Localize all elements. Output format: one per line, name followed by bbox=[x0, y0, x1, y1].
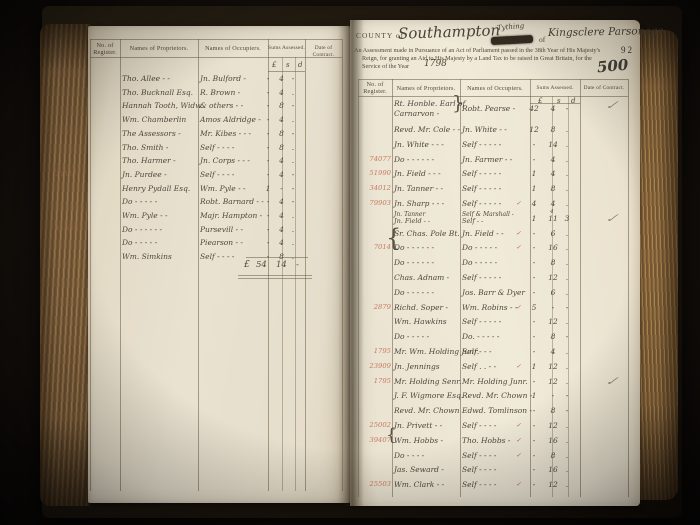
sum-pence: . bbox=[288, 141, 298, 154]
red-check-mark: ✓ bbox=[516, 478, 521, 491]
sum-shillings: 8 bbox=[545, 404, 561, 417]
sum-pence: . bbox=[561, 463, 573, 476]
sum-pounds: - bbox=[523, 434, 545, 447]
sum-pounds: 5 bbox=[523, 301, 545, 314]
proprietor-name: Tho. Allee - - bbox=[122, 72, 170, 85]
occupier-name: Jn. White - - bbox=[462, 123, 507, 136]
occupier-name: Wm. Robins - - bbox=[462, 301, 517, 314]
sum-pounds: - bbox=[523, 345, 545, 358]
red-check-mark: ✓ bbox=[516, 227, 521, 240]
sum-pence: . bbox=[288, 223, 298, 236]
sum-shillings: 16 bbox=[545, 434, 561, 447]
sum-pence: . bbox=[561, 182, 573, 195]
proprietor-name: The Assessors - bbox=[122, 127, 181, 140]
sum-pence: . bbox=[561, 345, 573, 358]
ledger-row: Rt. Honble. Earl ofCarnarvon -}Robt. Pea… bbox=[358, 99, 628, 112]
proprietor-name: Sr. Chas. Pole Bt. bbox=[394, 227, 460, 240]
sum-shillings: 8 bbox=[545, 449, 561, 462]
ledger-row: Jn. TannerJn. Field - -Self & Marshall -… bbox=[358, 212, 628, 225]
proprietor-name: Jn. White - - - bbox=[394, 138, 444, 151]
ledger-row: 21447Do - - - - - -Pursevill - --4. bbox=[90, 223, 342, 236]
sum-pence: . bbox=[561, 138, 573, 151]
sum-shillings: - bbox=[545, 389, 561, 402]
occupier-name: Self - - - - - bbox=[462, 167, 501, 180]
ledger-row: 23909Jn. JenningsSelf . . - -112.✓ bbox=[358, 360, 628, 373]
sum-shillings: 4 bbox=[275, 195, 288, 208]
proprietor-name: Wm. Hobbs - bbox=[394, 434, 443, 447]
place-name: Kingsclere Parsonage bbox=[548, 25, 664, 39]
ledger-row: 51990Jn. Field - - -Self - - - - -14. bbox=[358, 167, 628, 180]
register-number: 25503 bbox=[358, 478, 391, 491]
right-col-line bbox=[628, 79, 629, 497]
sum-pence: . bbox=[561, 419, 573, 432]
sum-shillings: 8 bbox=[275, 99, 288, 112]
proprietor-name: Do - - - - - - bbox=[394, 286, 434, 299]
occupier-name: Self - - - - - bbox=[462, 315, 501, 328]
sum-pounds: - bbox=[523, 463, 545, 476]
occupier-name: Tho. Hobbs - bbox=[462, 434, 510, 447]
proprietor-name: Wm. Clark - - bbox=[394, 478, 444, 491]
occupier-name: Amos Aldridge - bbox=[200, 113, 261, 126]
ledger-row: Tho. Allee - -Jn. Bulford --4- bbox=[90, 72, 342, 85]
pencil-check-mark: ✓ bbox=[602, 373, 621, 390]
sum-shillings: 14 bbox=[545, 138, 561, 151]
sum-shillings: 4 bbox=[275, 223, 288, 236]
sum-pounds: - bbox=[261, 141, 275, 154]
sum-pounds: - bbox=[261, 113, 275, 126]
occupier-name: Do - - - - - bbox=[462, 256, 497, 269]
sum-pence: - bbox=[561, 301, 573, 314]
year-value: 1798 bbox=[424, 59, 447, 69]
act-text-line1: An Assessment made in Pursuance of an Ac… bbox=[354, 47, 600, 54]
sum-pounds: - bbox=[523, 330, 545, 343]
occupier-name: Wm. Pyle - - bbox=[200, 182, 246, 195]
proprietor-name: Do - - - - - bbox=[394, 330, 429, 343]
book-fore-edge-left bbox=[40, 24, 90, 506]
sum-shillings: 4 bbox=[275, 209, 288, 222]
sum-pounds: - bbox=[261, 154, 275, 167]
occupier-name: Self - - - - bbox=[462, 419, 496, 432]
occupier-name: Robt. Barnard - - bbox=[200, 195, 264, 208]
occupier-name: Mr. Holding Junr. bbox=[462, 375, 528, 388]
ledger-row: 1795Mr. Wm. Holding Junr.Self - - --4. bbox=[358, 345, 628, 358]
ledger-row: Do - - - -Self - - - --8.✓ bbox=[358, 449, 628, 462]
register-number: 51990 bbox=[358, 167, 391, 180]
sum-pence: . bbox=[288, 113, 298, 126]
sum-shillings: 4 bbox=[275, 86, 288, 99]
total-pence: - bbox=[296, 260, 299, 270]
proprietor-name: Jn. Field - - - bbox=[394, 167, 441, 180]
proprietor-name: Jn. Purdee - bbox=[122, 168, 167, 181]
right-header-sums: Sums Assessed. bbox=[530, 85, 580, 92]
sum-pounds: - bbox=[523, 449, 545, 462]
sum-pence: . bbox=[288, 209, 298, 222]
sum-pounds: 42 bbox=[523, 102, 545, 115]
sum-pounds: 12 bbox=[523, 123, 545, 136]
sum-pence: - bbox=[288, 182, 298, 195]
sum-shillings: 4 bbox=[545, 102, 561, 115]
proprietor-name: Do - - - - - bbox=[122, 195, 157, 208]
red-check-mark: ✓ bbox=[516, 360, 521, 373]
sum-pounds: - bbox=[523, 271, 545, 284]
sum-pence: - bbox=[288, 168, 298, 181]
ledger-row: Chas. Adnam -Self - - - - --12. bbox=[358, 271, 628, 284]
proprietor-name: Tho. Harmer - bbox=[122, 154, 176, 167]
ledger-row: 39407{Wm. Hobbs -Tho. Hobbs --16.✓ bbox=[358, 434, 628, 447]
sum-pence: . bbox=[561, 434, 573, 447]
ledger-row: Wm. HawkinsSelf - - - - --12. bbox=[358, 315, 628, 328]
occupier-name: Majr. Hampton - bbox=[200, 209, 262, 222]
occupier-name: Jos. Barr & Dyer bbox=[462, 286, 525, 299]
sum-pounds: - bbox=[261, 195, 275, 208]
left-header-date: Date of Contract. bbox=[305, 45, 342, 59]
left-header-register2: Register. bbox=[90, 49, 120, 56]
ledger-row: Tho. Bucknall Esq.R. Brown --4. bbox=[90, 86, 342, 99]
sum-pence: . bbox=[561, 167, 573, 180]
right-header-occupiers: Names of Occupiers. bbox=[460, 85, 530, 92]
sum-pounds: - bbox=[261, 168, 275, 181]
sum-shillings: 4 bbox=[275, 154, 288, 167]
register-number: 1795 bbox=[358, 345, 391, 358]
proprietor-name: Wm. Pyle - - bbox=[122, 209, 168, 222]
sum-pence: . bbox=[561, 153, 573, 166]
sum-shillings: 4 bbox=[545, 167, 561, 180]
sum-shillings: 6 bbox=[545, 286, 561, 299]
occupier-name: R. Brown - bbox=[200, 86, 240, 99]
ledger-row: Jn. White - - -Self - - - - --14. bbox=[358, 138, 628, 151]
occupier-name: Self - - - - bbox=[462, 478, 496, 491]
ledger-row: 74077Do - - - - - -Jn. Farmer - --4. bbox=[358, 153, 628, 166]
sum-pounds: - bbox=[523, 375, 545, 388]
occupier-name: Revd. Mr. Chown - bbox=[462, 389, 532, 402]
red-check-mark: ✓ bbox=[516, 449, 521, 462]
sum-pence: . bbox=[561, 227, 573, 240]
register-number: 21445 bbox=[55, 168, 77, 181]
sum-shillings: 12 bbox=[545, 375, 561, 388]
sum-shillings: 8 bbox=[275, 127, 288, 140]
sum-pence: 3 bbox=[561, 212, 573, 225]
occupier-name: Do. - - - - - bbox=[462, 330, 499, 343]
sum-pence: . bbox=[561, 315, 573, 328]
sum-shillings: 12 bbox=[545, 478, 561, 491]
ledger-row: Wm. Pyle - -Majr. Hampton --4. bbox=[90, 209, 342, 222]
sum-shillings: 16 bbox=[545, 463, 561, 476]
act-text-line2: Reign, for granting an Aid to His Majest… bbox=[362, 55, 592, 62]
ledger-row: 25503Wm. Clark - -Self - - - --12.✓ bbox=[358, 478, 628, 491]
occupier-name: Self - - - - bbox=[200, 141, 234, 154]
occupier-name: Piearson - - bbox=[200, 236, 243, 249]
proprietor-name: Hannah Tooth, Widw. bbox=[122, 99, 203, 112]
sum-pounds: 1 bbox=[523, 389, 545, 402]
sum-pence: . bbox=[561, 360, 573, 373]
sum-shillings: - bbox=[275, 182, 288, 195]
sum-shillings: 12 bbox=[545, 360, 561, 373]
sum-pounds: - bbox=[523, 404, 545, 417]
register-number: 74077 bbox=[358, 153, 391, 166]
occupier-name: Mr. Kibes - - - bbox=[200, 127, 251, 140]
sum-pence: . bbox=[561, 197, 573, 210]
ledger-row: Revd. Mr. Cole - -Jn. White - -128. bbox=[358, 123, 628, 136]
sum-shillings: 8 bbox=[275, 141, 288, 154]
act-text-line3: Service of the Year bbox=[362, 63, 409, 70]
proprietor-name: Tho. Bucknall Esq. bbox=[122, 86, 193, 99]
occupier-name: Edwd. Tomlinson - bbox=[462, 404, 532, 417]
occupier-name: Do - - - - - bbox=[462, 241, 497, 254]
sum-pence: . bbox=[561, 256, 573, 269]
proprietor-name: Jas. Seward - bbox=[394, 463, 444, 476]
ledger-row: Wm. ChamberlinAmos Aldridge --4. bbox=[90, 113, 342, 126]
sum-pence: . bbox=[561, 375, 573, 388]
sum-pounds: - bbox=[523, 286, 545, 299]
ledger-row: The Assessors -Mr. Kibes - - --8- bbox=[90, 127, 342, 140]
ledger-row: Revd. Mr. ChownEdwd. Tomlinson --8- bbox=[358, 404, 628, 417]
right-header-date: Date of Contract. bbox=[580, 85, 628, 92]
occupier-name: Self - - - - - bbox=[462, 138, 501, 151]
proprietor-name: J. F. Wigmore Esq. bbox=[394, 389, 463, 402]
occupier-name: Self . . - - bbox=[462, 360, 496, 373]
sum-shillings: 4 bbox=[275, 168, 288, 181]
page-number: 92 bbox=[621, 45, 634, 55]
folio-number: 500 bbox=[596, 56, 629, 77]
sum-pence: - bbox=[288, 99, 298, 112]
red-check-mark: ✓ bbox=[516, 301, 521, 314]
left-header-sums: Sums Assessed. bbox=[266, 45, 307, 52]
sum-pounds: - bbox=[261, 236, 275, 249]
sum-pence: . bbox=[561, 271, 573, 284]
occupier-name: Self - - - - bbox=[200, 168, 234, 181]
county-label: COUNTY of bbox=[356, 31, 404, 40]
sum-pence: - bbox=[561, 389, 573, 402]
occupier-name: Jn. Farmer - - bbox=[462, 153, 512, 166]
sum-pounds: - bbox=[523, 241, 545, 254]
ledger-row: Do - - - - -Piearson - --4. bbox=[90, 236, 342, 249]
right-table-top-rule bbox=[358, 79, 628, 80]
proprietor-name: Tho. Smith - bbox=[122, 141, 168, 154]
occupier-name: Self - - - - - bbox=[462, 271, 501, 284]
sum-pounds: 1 bbox=[523, 182, 545, 195]
sum-pence: . bbox=[288, 86, 298, 99]
sum-pounds: - bbox=[261, 209, 275, 222]
proprietor-name: Wm. Simkins bbox=[122, 250, 172, 263]
of-label: of bbox=[539, 35, 545, 44]
shillings-symbol: s bbox=[286, 61, 290, 69]
sum-shillings: 16 bbox=[545, 241, 561, 254]
sum-shillings: 4 bbox=[545, 345, 561, 358]
total-shillings: 14 bbox=[276, 260, 287, 270]
occupier-name: Self - - - - - bbox=[462, 182, 501, 195]
ledger-row: Do - - - - -Do. - - - - --8- bbox=[358, 330, 628, 343]
sum-pence: - bbox=[288, 195, 298, 208]
sum-shillings: - bbox=[545, 301, 561, 314]
sum-shillings: 4 bbox=[545, 153, 561, 166]
right-header-register2: Register. bbox=[358, 88, 392, 95]
proprietor-name: Mr. Holding Senr. bbox=[394, 375, 461, 388]
occupier-name: Self - - - - bbox=[462, 449, 496, 462]
proprietor-name: Wm. Chamberlin bbox=[122, 113, 186, 126]
proprietor-name: Richd. Soper - bbox=[394, 301, 448, 314]
left-header-occupiers: Names of Occupiers. bbox=[198, 45, 268, 52]
sum-pence: . bbox=[561, 478, 573, 491]
county-name: Southampton bbox=[398, 21, 501, 43]
ledger-row: J. F. Wigmore Esq.Revd. Mr. Chown -1-- bbox=[358, 389, 628, 402]
occupier-name: Self - - - - bbox=[200, 250, 234, 263]
ledger-row: Jas. Seward -Self - - - --16. bbox=[358, 463, 628, 476]
sum-shillings: 8 bbox=[545, 123, 561, 136]
sum-pence: . bbox=[561, 286, 573, 299]
ledger-row: Tho. Smith -Self - - - --8. bbox=[90, 141, 342, 154]
sum-pounds: 1 bbox=[261, 182, 275, 195]
ledger-row: 21445Jn. Purdee -Self - - - --4- bbox=[90, 168, 342, 181]
sum-pence: - bbox=[561, 404, 573, 417]
sum-shillings: 12 bbox=[545, 271, 561, 284]
left-header-proprietors: Names of Proprietors. bbox=[120, 45, 198, 52]
correction-figure: 4 bbox=[550, 206, 554, 219]
sum-pounds: 4 bbox=[523, 197, 545, 210]
total-bottom-rule2 bbox=[238, 278, 312, 279]
sum-pounds: - bbox=[523, 256, 545, 269]
left-header-register: No. of bbox=[90, 42, 120, 49]
sum-shillings: 4 bbox=[275, 72, 288, 85]
sum-pence: . bbox=[288, 154, 298, 167]
sum-shillings: 4 bbox=[275, 113, 288, 126]
sum-pence: - bbox=[288, 127, 298, 140]
proprietor-name: Jn. Jennings bbox=[394, 360, 440, 373]
occupier-name: Self - - - bbox=[462, 345, 492, 358]
sum-pounds: - bbox=[523, 227, 545, 240]
ledger-row: 25002Jn. Privett - -Self - - - --12.✓ bbox=[358, 419, 628, 432]
red-check-mark: ✓ bbox=[516, 434, 521, 447]
occupier-name: Pursevill - - bbox=[200, 223, 243, 236]
sum-shillings: 8 bbox=[545, 182, 561, 195]
sum-pounds: 1 bbox=[523, 212, 545, 225]
register-number: 1795 bbox=[358, 375, 391, 388]
red-check-mark: ✓ bbox=[516, 197, 521, 210]
sum-pounds: - bbox=[261, 223, 275, 236]
ledger-row: Hannah Tooth, Widw.& others - --8- bbox=[90, 99, 342, 112]
sum-shillings: 8 bbox=[545, 330, 561, 343]
sum-shillings: 8 bbox=[545, 256, 561, 269]
occupier-name: Self - - - - bbox=[462, 463, 496, 476]
sum-pounds: - bbox=[261, 127, 275, 140]
proprietor-name: Revd. Mr. Chown bbox=[394, 404, 459, 417]
sum-pounds: - bbox=[523, 478, 545, 491]
occupier-name: Jn. Bulford - bbox=[200, 72, 246, 85]
sum-pounds: - bbox=[261, 99, 275, 112]
proprietor-name: Do - - - - - - bbox=[394, 153, 434, 166]
sum-pence: . bbox=[561, 123, 573, 136]
register-number: 79903 bbox=[358, 197, 391, 210]
register-number: 21447 bbox=[55, 223, 77, 236]
proprietor-name: Do - - - - - bbox=[122, 236, 157, 249]
register-number: 34012 bbox=[358, 182, 391, 195]
pence-symbol: d bbox=[298, 61, 302, 69]
occupier-name: Jn. Field - - bbox=[462, 227, 504, 240]
sum-shillings: 6 bbox=[545, 227, 561, 240]
sum-pence: - bbox=[561, 102, 573, 115]
ledger-row: Do - - - - -Robt. Barnard - --4- bbox=[90, 195, 342, 208]
sum-pounds: - bbox=[523, 315, 545, 328]
sum-pence: - bbox=[561, 330, 573, 343]
total-pound-sign: £ bbox=[244, 260, 250, 270]
proprietor-name: Do - - - - - - bbox=[122, 223, 162, 236]
book-page-edges-right bbox=[636, 30, 678, 500]
sum-pounds: - bbox=[523, 138, 545, 151]
sum-pounds: 1 bbox=[523, 167, 545, 180]
sum-pounds: 1 bbox=[523, 360, 545, 373]
sum-pounds: - bbox=[523, 419, 545, 432]
proprietor-name: Revd. Mr. Cole - - bbox=[394, 123, 460, 136]
sum-pence: - bbox=[288, 72, 298, 85]
total-pounds: 54 bbox=[256, 260, 267, 270]
proprietor-name: Jn. Privett - - bbox=[394, 419, 442, 432]
sum-pounds: - bbox=[523, 153, 545, 166]
sum-pounds: - bbox=[261, 72, 275, 85]
ledger-row: 34012Jn. Tanner - -Self - - - - -18. bbox=[358, 182, 628, 195]
pencil-check-mark: ✓ bbox=[602, 97, 621, 114]
left-col-line bbox=[342, 39, 343, 491]
sum-pence: . bbox=[288, 236, 298, 249]
right-header-proprietors: Names of Proprietors. bbox=[392, 85, 460, 92]
proprietor-name: Wm. Hawkins bbox=[394, 315, 447, 328]
right-header-register: No. of bbox=[358, 81, 392, 88]
ledger-row: Tho. Harmer -Jn. Corps - - --4. bbox=[90, 154, 342, 167]
proprietor-name: Do - - - - bbox=[394, 449, 424, 462]
proprietor-name: Do - - - - - - bbox=[394, 241, 434, 254]
occupier-name: Jn. Corps - - - bbox=[200, 154, 250, 167]
proprietor-name: Jn. Tanner - - bbox=[394, 182, 443, 195]
proprietor-name: Chas. Adnam - bbox=[394, 271, 449, 284]
register-number: 2879 bbox=[358, 301, 391, 314]
sum-pounds: - bbox=[261, 86, 275, 99]
ledger-row: Do - - - - - -Jos. Barr & Dyer-6. bbox=[358, 286, 628, 299]
sum-pence: . bbox=[561, 449, 573, 462]
red-check-mark: ✓ bbox=[516, 241, 521, 254]
ledger-row: 7014{Do - - - - - -Do - - - - --16.✓ bbox=[358, 241, 628, 254]
occupier-name: & others - - bbox=[200, 99, 243, 112]
sum-shillings: 12 bbox=[545, 315, 561, 328]
proprietor-name: Henry Pydall Esq. bbox=[122, 182, 190, 195]
register-number: 23909 bbox=[358, 360, 391, 373]
ledger-photo: COUNTY of Southampton Tything of Kingscl… bbox=[0, 0, 700, 525]
red-check-mark: ✓ bbox=[516, 419, 521, 432]
sum-pence: . bbox=[561, 241, 573, 254]
ledger-row: 2879Richd. Soper -Wm. Robins - -5--✓ bbox=[358, 301, 628, 314]
proprietor-name: Carnarvon - bbox=[394, 107, 439, 120]
ledger-row: Henry Pydall Esq.Wm. Pyle - -1-- bbox=[90, 182, 342, 195]
total-bottom-rule1 bbox=[238, 275, 312, 276]
pounds-symbol: £ bbox=[272, 61, 276, 69]
ledger-row: 1795Mr. Holding Senr.Mr. Holding Junr.-1… bbox=[358, 375, 628, 388]
proprietor-name: Do - - - - - - bbox=[394, 256, 434, 269]
pencil-check-mark: ✓ bbox=[602, 210, 621, 227]
ledger-row: Do - - - - - -Do - - - - --8. bbox=[358, 256, 628, 269]
sum-shillings: 4 bbox=[275, 236, 288, 249]
total-top-rule bbox=[246, 257, 308, 258]
sum-shillings: 12 bbox=[545, 419, 561, 432]
occupier-name: Robt. Pearse - bbox=[462, 102, 515, 115]
